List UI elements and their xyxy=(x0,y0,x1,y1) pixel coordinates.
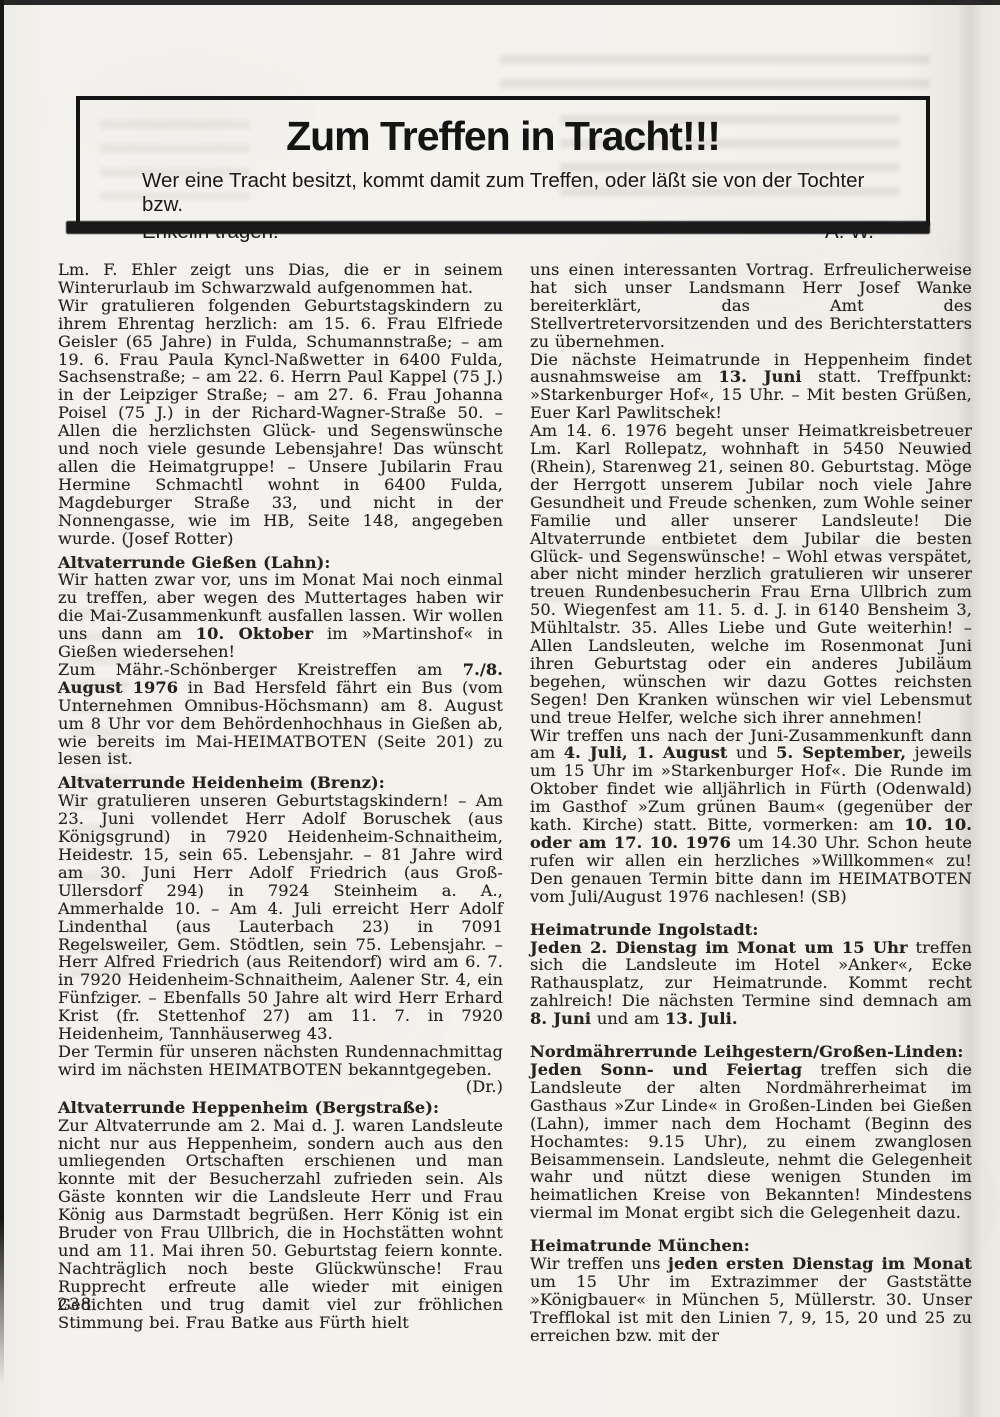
paragraph: Lm. F. Ehler zeigt uns Dias, die er in s… xyxy=(58,261,503,297)
section-heading: Heimatrunde Ingolstadt: xyxy=(530,921,972,939)
page-number: 238 xyxy=(57,1295,92,1315)
left-column: Lm. F. Ehler zeigt uns Dias, die er in s… xyxy=(58,261,503,1331)
notice-title: Zum Treffen in Tracht!!! xyxy=(80,113,926,160)
paragraph: Wir treffen uns nach der Juni-Zusammenku… xyxy=(530,727,972,906)
bold-text: Jeden Sonn- und Feiertag xyxy=(530,1060,802,1079)
scan-edge-top xyxy=(0,0,1000,5)
bold-text: Altvaterrunde Heidenheim (Brenz): xyxy=(58,773,385,792)
right-column: uns einen interessanten Vortrag. Erfreul… xyxy=(530,261,972,1345)
paragraph: Zur Altvaterrunde am 2. Mai d. J. waren … xyxy=(58,1117,503,1332)
bleedthrough-artifact xyxy=(500,55,930,93)
bold-text: 5. September, xyxy=(776,743,906,762)
paragraph: Wir gratulieren folgenden Geburtstagskin… xyxy=(58,297,503,548)
bold-text: 13. Juli. xyxy=(665,1009,738,1028)
text: treffen sich die Landsleute der alten No… xyxy=(530,1060,972,1222)
bold-text: 4. Juli, 1. August xyxy=(564,743,728,762)
section-heading: Nordmährerrunde Leihgestern/Großen-Linde… xyxy=(530,1043,972,1061)
section-heading: Altvaterrunde Gießen (Lahn): xyxy=(58,554,503,572)
section-heading: Altvaterrunde Heppenheim (Bergstraße): xyxy=(58,1099,503,1117)
section-heading: Heimatrunde München: xyxy=(530,1237,972,1255)
scan-edge-left xyxy=(0,0,4,1385)
bold-text: 10. Oktober xyxy=(196,624,313,643)
paragraph: Wir hatten zwar vor, uns im Monat Mai no… xyxy=(58,571,503,661)
notice-box-bottom-bar xyxy=(66,221,930,234)
text: um 15 Uhr im Extrazimmer der Gaststätte … xyxy=(530,1272,972,1345)
bold-text: 8. Juni xyxy=(530,1009,591,1028)
text: und am xyxy=(591,1009,665,1028)
bold-text: 13. Juni xyxy=(718,367,801,386)
notice-body-line1: Wer eine Tracht besitzt, kommt damit zum… xyxy=(80,160,926,217)
text: Wir gratulieren unseren Geburtstagskinde… xyxy=(58,791,503,1043)
paragraph: Wir gratulieren unseren Geburtstagskinde… xyxy=(58,792,503,1043)
bold-text: Heimatrunde Ingolstadt: xyxy=(530,920,758,939)
text: Der Termin für unseren nächsten Rundenna… xyxy=(58,1042,503,1079)
notice-box: Zum Treffen in Tracht!!! Wer eine Tracht… xyxy=(76,96,930,226)
paragraph: Zum Mähr.-Schönberger Kreistreffen am 7.… xyxy=(58,661,503,768)
paragraph: Die nächste Heimatrunde in Heppenheim fi… xyxy=(530,351,972,423)
paragraph: uns einen interessanten Vortrag. Erfreul… xyxy=(530,261,972,351)
text: Zum Mähr.-Schönberger Kreistreffen am xyxy=(58,660,463,679)
paragraph: Jeden Sonn- und Feiertag treffen sich di… xyxy=(530,1061,972,1222)
text: Am 14. 6. 1976 begeht unser Heimatkreisb… xyxy=(530,421,972,727)
paragraph: Der Termin für unseren nächsten Rundenna… xyxy=(58,1043,503,1079)
text: Wir gratulieren folgenden Geburtstagskin… xyxy=(58,296,503,548)
text: Zur Altvaterrunde am 2. Mai d. J. waren … xyxy=(58,1116,503,1332)
bold-text: Jeden 2. Dienstag im Monat um 15 Uhr xyxy=(530,938,908,957)
scanned-newsletter-page: Zum Treffen in Tracht!!! Wer eine Tracht… xyxy=(0,0,1000,1417)
section-heading: Altvaterrunde Heidenheim (Brenz): xyxy=(58,774,503,792)
text: und xyxy=(728,743,777,762)
text: Lm. F. Ehler zeigt uns Dias, die er in s… xyxy=(58,260,503,297)
paragraph: Wir treffen uns jeden ersten Dienstag im… xyxy=(530,1255,972,1345)
text: uns einen interessanten Vortrag. Erfreul… xyxy=(530,260,972,351)
bold-text: Heimatrunde München: xyxy=(530,1236,750,1255)
paragraph: Jeden 2. Dienstag im Monat um 15 Uhr tre… xyxy=(530,939,972,1029)
bold-text: Nordmährerrunde Leihgestern/Großen-Linde… xyxy=(530,1042,963,1061)
bold-text: Altvaterrunde Heppenheim (Bergstraße): xyxy=(58,1098,439,1117)
bold-text: Altvaterrunde Gießen (Lahn): xyxy=(58,553,330,572)
byline: (Dr.) xyxy=(58,1078,503,1096)
paragraph: Am 14. 6. 1976 begeht unser Heimatkreisb… xyxy=(530,422,972,726)
text: (Dr.) xyxy=(466,1077,503,1096)
text: Wir treffen uns xyxy=(530,1254,668,1273)
bold-text: jeden ersten Dienstag im Monat xyxy=(668,1254,972,1273)
